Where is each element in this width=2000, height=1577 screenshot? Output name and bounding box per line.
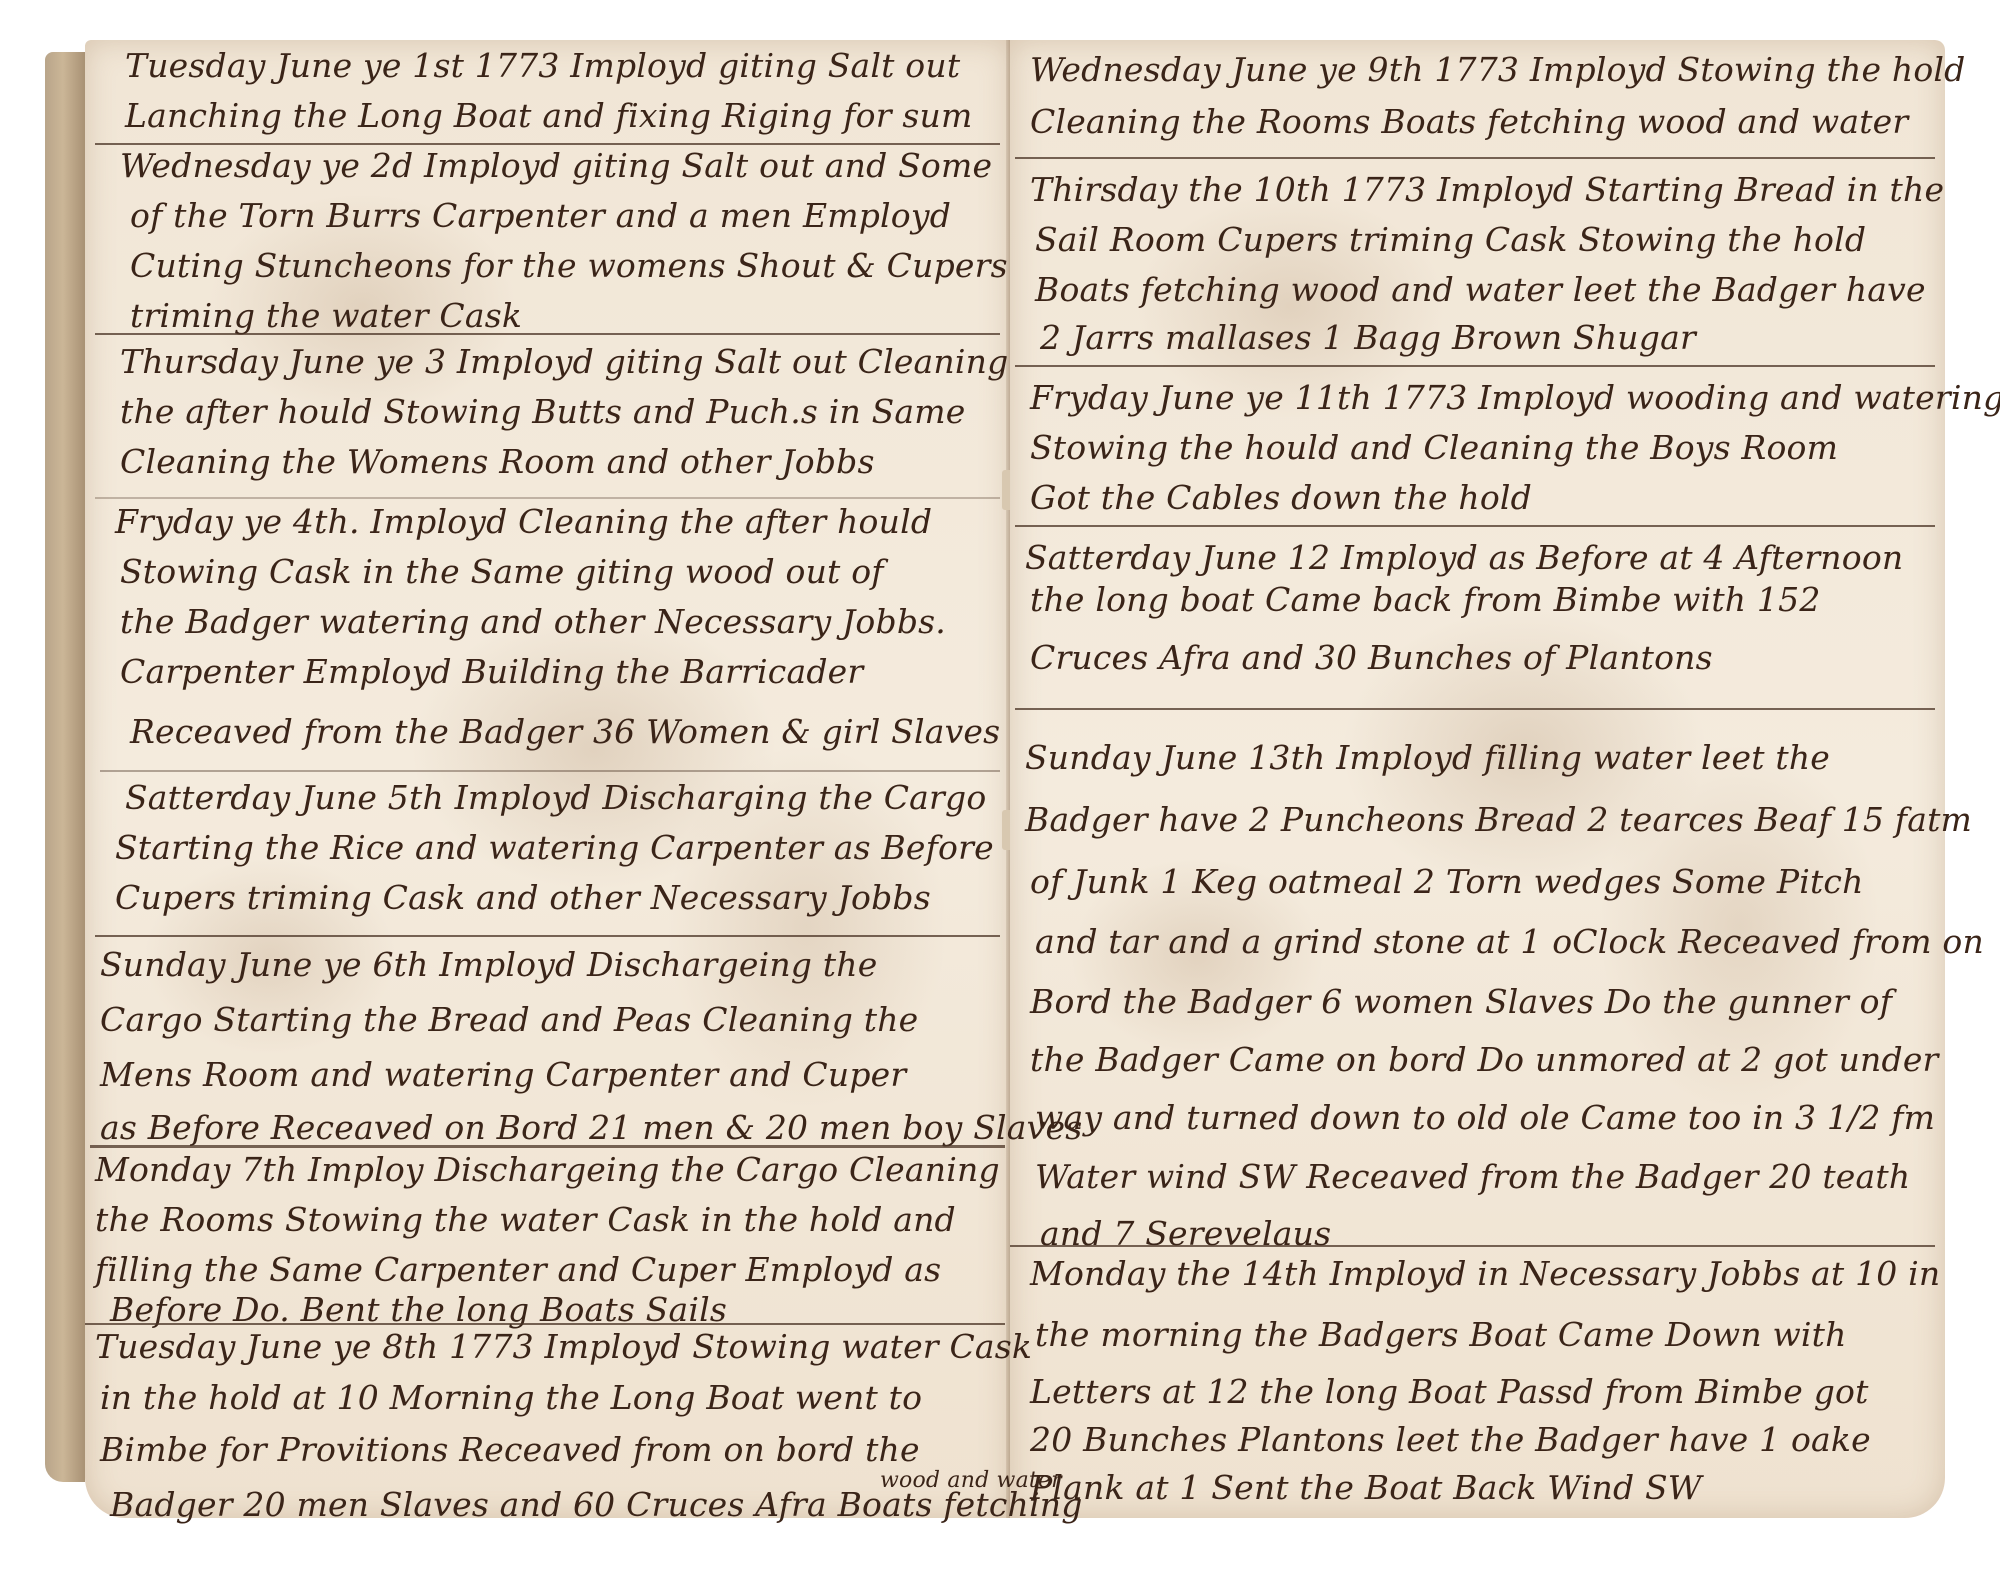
- log-line: Cleaning the Womens Room and other Jobbs: [120, 442, 875, 481]
- right-page: [1010, 40, 1945, 1518]
- log-line: as Before Receaved on Bord 21 men & 20 m…: [100, 1108, 1082, 1147]
- log-line: of the Torn Burrs Carpenter and a men Em…: [130, 196, 951, 235]
- book-spine-edge: [45, 52, 85, 1482]
- log-line: of Junk 1 Keg oatmeal 2 Torn wedges Some…: [1030, 862, 1864, 901]
- log-line: Sunday June ye 6th Imployd Dischargeing …: [100, 945, 877, 984]
- log-line: the after hould Stowing Butts and Puch.s…: [120, 392, 966, 431]
- entry-divider: [95, 497, 1000, 499]
- log-line: Lanching the Long Boat and fixing Riging…: [125, 96, 972, 135]
- log-line: Receaved from the Badger 36 Women & girl…: [130, 712, 1000, 751]
- open-logbook: Tuesday June ye 1st 1773 Imployd giting …: [0, 0, 2000, 1577]
- log-line: in the hold at 10 Morning the Long Boat …: [100, 1378, 922, 1417]
- log-line: triming the water Cask: [130, 296, 522, 335]
- log-line: Badger 20 men Slaves and 60 Cruces Afra …: [110, 1485, 1083, 1524]
- log-line: Cupers triming Cask and other Necessary …: [115, 878, 931, 917]
- entry-divider: [95, 935, 1000, 937]
- log-line: Satterday June 12 Imployd as Before at 4…: [1025, 538, 1903, 577]
- entry-divider: [100, 770, 1000, 772]
- log-line: Boats fetching wood and water leet the B…: [1035, 270, 1926, 309]
- log-line: Fryday June ye 11th 1773 Imployd wooding…: [1030, 378, 2000, 417]
- log-line: Wednesday June ye 9th 1773 Imployd Stowi…: [1030, 50, 1966, 89]
- log-line: Thursday June ye 3 Imployd giting Salt o…: [120, 342, 1008, 381]
- log-line: Starting the Rice and watering Carpenter…: [115, 828, 994, 867]
- log-line: Tuesday June ye 1st 1773 Imployd giting …: [125, 46, 960, 85]
- entry-divider: [90, 1145, 1005, 1148]
- log-line: the long boat Came back from Bimbe with …: [1030, 580, 1821, 619]
- log-line: Cuting Stuncheons for the womens Shout &…: [130, 246, 1008, 285]
- entry-divider: [1015, 365, 1935, 367]
- entry-divider: [1015, 708, 1935, 710]
- entry-divider: [95, 143, 1000, 145]
- log-line: Wednesday ye 2d Imployd giting Salt out …: [120, 146, 992, 185]
- log-line: and 7 Serevelaus: [1040, 1214, 1331, 1253]
- log-line: Got the Cables down the hold: [1030, 478, 1532, 517]
- log-line: 2 Jarrs mallases 1 Bagg Brown Shugar: [1040, 318, 1696, 357]
- log-line: Monday the 14th Imployd in Necessary Job…: [1030, 1254, 1940, 1293]
- log-line: and tar and a grind stone at 1 oClock Re…: [1035, 922, 1984, 961]
- log-line: Carpenter Employd Building the Barricade…: [120, 652, 863, 691]
- log-line: Sail Room Cupers triming Cask Stowing th…: [1035, 220, 1866, 259]
- log-line: 20 Bunches Plantons leet the Badger have…: [1030, 1420, 1871, 1459]
- entry-divider: [1015, 157, 1935, 159]
- log-line: way and turned down to old ole Came too …: [1035, 1098, 1935, 1137]
- log-line: Satterday June 5th Imployd Discharging t…: [125, 778, 986, 817]
- log-line: Stowing Cask in the Same giting wood out…: [120, 552, 884, 591]
- log-line: Letters at 12 the long Boat Passd from B…: [1030, 1372, 1869, 1411]
- log-line: Bimbe for Provitions Receaved from on bo…: [100, 1430, 920, 1469]
- log-line: filling the Same Carpenter and Cuper Emp…: [95, 1250, 941, 1289]
- entry-divider: [95, 333, 1000, 335]
- log-line: Water wind SW Receaved from the Badger 2…: [1035, 1157, 1910, 1196]
- log-line: Cargo Starting the Bread and Peas Cleani…: [100, 1000, 918, 1039]
- log-line: Stowing the hould and Cleaning the Boys …: [1030, 428, 1838, 467]
- log-line: Fryday ye 4th. Imployd Cleaning the afte…: [115, 502, 932, 541]
- log-line: Plank at 1 Sent the Boat Back Wind SW: [1030, 1468, 1702, 1507]
- log-line: Mens Room and watering Carpenter and Cup…: [100, 1055, 906, 1094]
- log-line: Sunday June 13th Imployd filling water l…: [1025, 738, 1830, 777]
- log-line: the Badger watering and other Necessary …: [120, 602, 946, 641]
- log-line: the Badger Came on bord Do unmored at 2 …: [1030, 1040, 1939, 1079]
- log-line: Bord the Badger 6 women Slaves Do the gu…: [1030, 982, 1892, 1021]
- log-line: Cleaning the Rooms Boats fetching wood a…: [1030, 102, 1908, 141]
- entry-divider: [1015, 525, 1935, 527]
- log-line: Thirsday the 10th 1773 Imployd Starting …: [1030, 170, 1944, 209]
- entry-divider: [85, 1323, 1005, 1325]
- log-line: Monday 7th Imploy Dischargeing the Cargo…: [95, 1150, 1000, 1189]
- log-line: Tuesday June ye 8th 1773 Imployd Stowing…: [95, 1327, 1032, 1366]
- log-line: Cruces Afra and 30 Bunches of Plantons: [1030, 638, 1713, 677]
- entry-divider: [1010, 1245, 1935, 1247]
- log-line: Badger have 2 Puncheons Bread 2 tearces …: [1025, 800, 1972, 839]
- log-line: the morning the Badgers Boat Came Down w…: [1035, 1315, 1847, 1354]
- log-line: the Rooms Stowing the water Cask in the …: [95, 1200, 956, 1239]
